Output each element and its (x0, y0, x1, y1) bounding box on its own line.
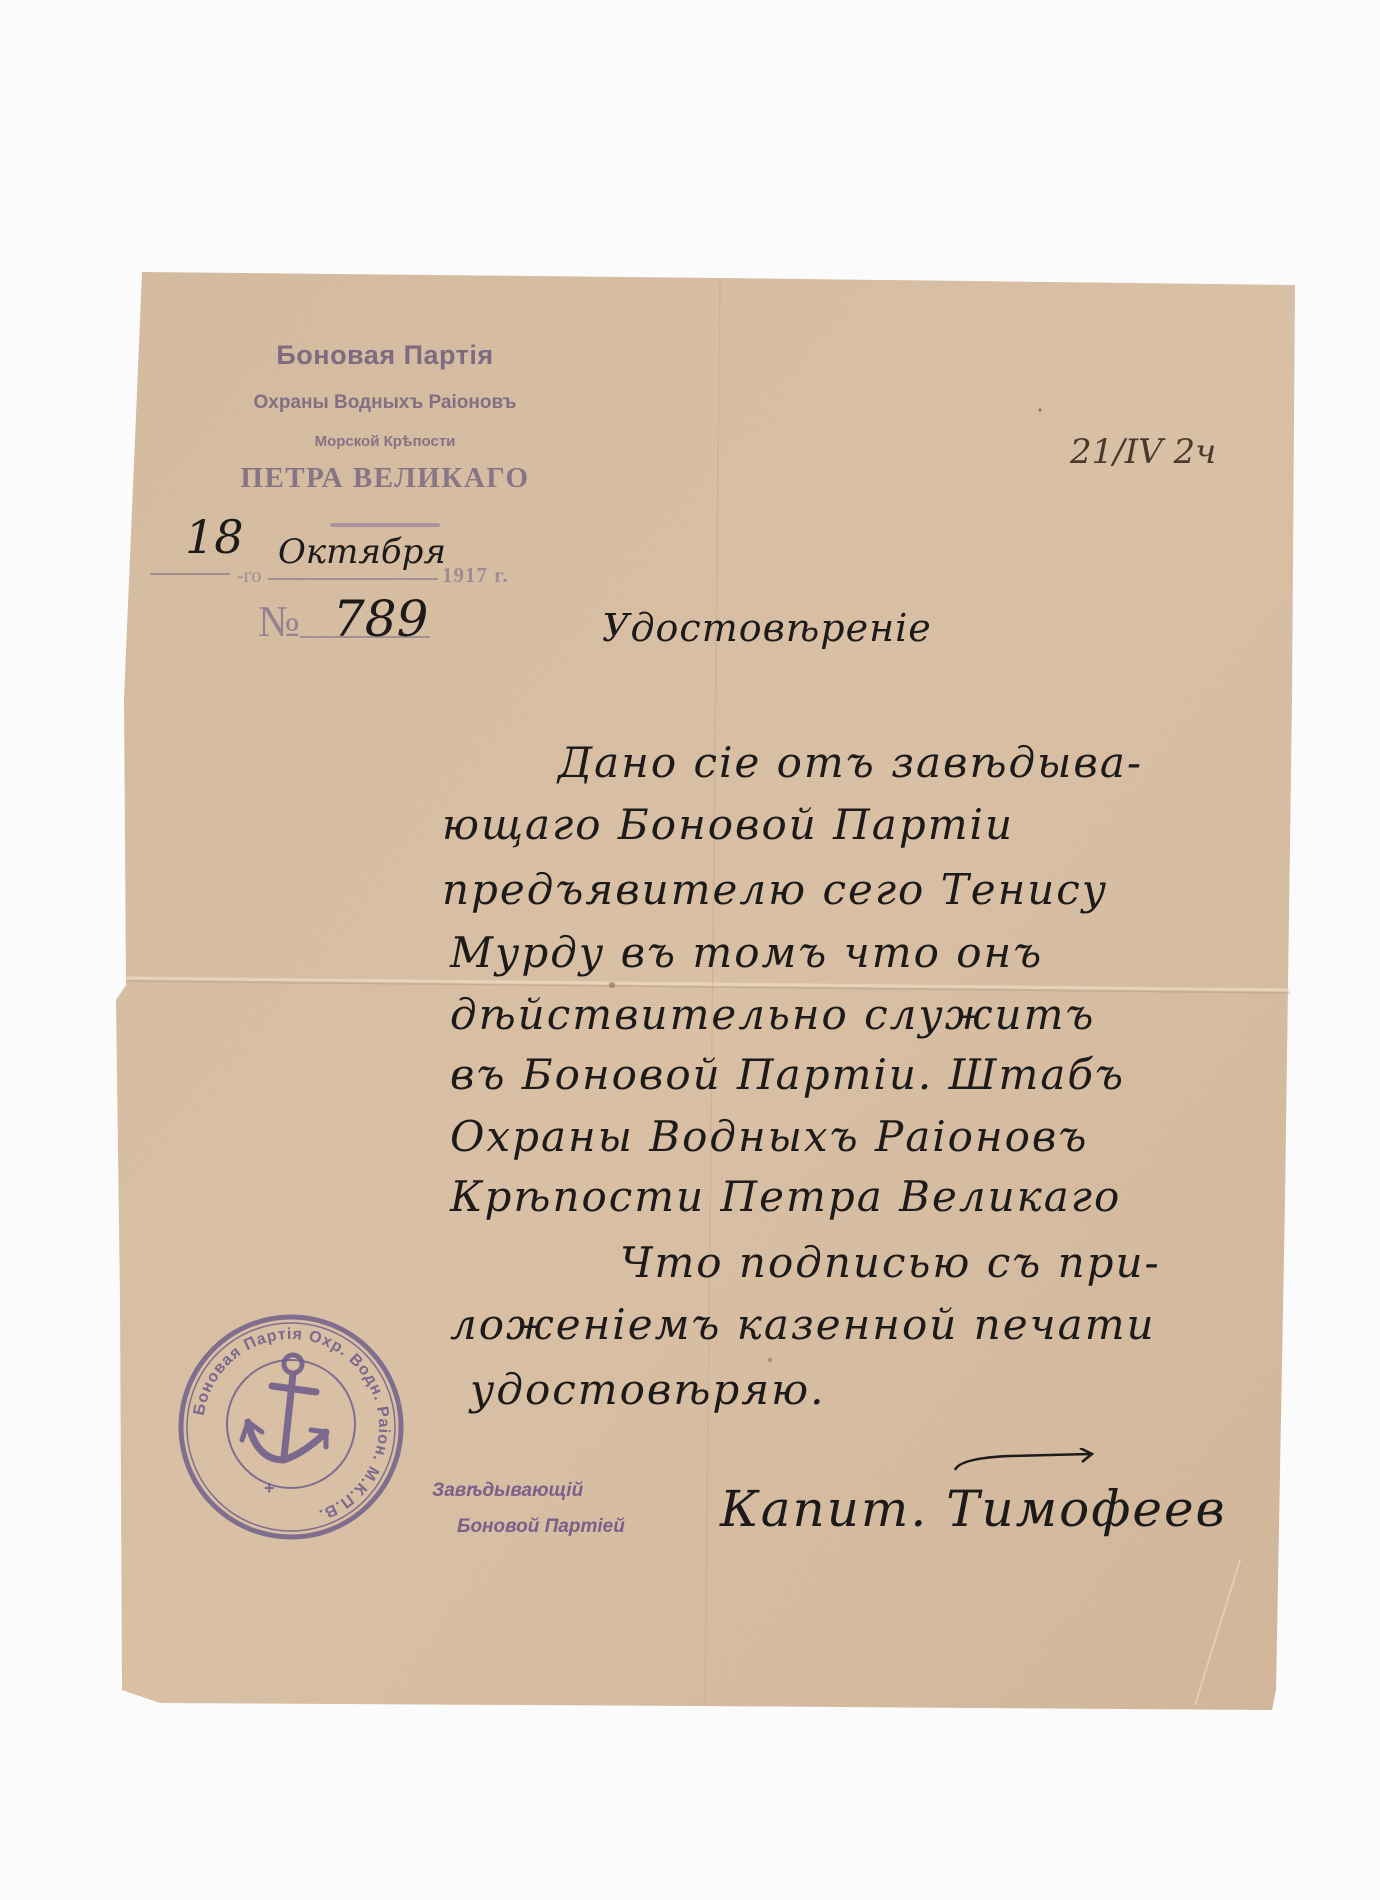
body-line: Что подписью съ при- (620, 1238, 1161, 1287)
official-seal: Боновая Партія Охр. Водн. Раіон. М.К.П.В… (176, 1312, 406, 1542)
date-month: Октября (278, 532, 446, 572)
document-number: 789 (333, 590, 428, 648)
body-line: удостовѣряю. (470, 1365, 825, 1414)
body-line: Охраны Водныхъ Раіоновъ (450, 1112, 1088, 1161)
signature-flourish-arrow (950, 1448, 1100, 1478)
signature: Капит. Тимофеев (720, 1480, 1227, 1538)
letterhead-org-name: Боновая Партія (185, 340, 585, 371)
letterhead-fortress-name: ПЕТРА ВЕЛИКАГО (185, 462, 585, 495)
number-sign: № (258, 596, 300, 647)
body-line: въ Боновой Партіи. Штабъ (450, 1050, 1125, 1099)
body-line: предъявителю сего Тенису (442, 865, 1108, 914)
body-line: Мурду въ томъ что онъ (450, 928, 1043, 977)
date-month-line (268, 578, 438, 580)
date-day-line (150, 573, 230, 575)
marginal-note: 21/IV 2ч (1070, 432, 1216, 472)
letterhead-ornament (330, 523, 440, 527)
signatory-title-line2: Боновой Партіей (457, 1516, 625, 1538)
body-line: Дано сіе отъ завѣдыва- (558, 738, 1143, 787)
body-line: ложеніемъ казенной печати (450, 1300, 1156, 1349)
date-day: 18 (185, 510, 244, 564)
seal-cross-mark: + (264, 1478, 275, 1498)
letterhead-fortress: Морской Крѣпости (185, 433, 585, 450)
body-line: дѣйствительно служитъ (450, 990, 1095, 1039)
document-title: Удостовѣреніе (602, 606, 932, 650)
body-line: Крѣпости Петра Великаго (450, 1172, 1121, 1221)
letterhead-division: Охраны Водныхъ Раіоновъ (185, 392, 585, 414)
date-year: 1917 г. (442, 563, 509, 588)
signatory-title-line1: Завѣдывающій (432, 1480, 583, 1502)
body-line: ющаго Боновой Партіи (442, 800, 1014, 849)
date-suffix: -го (237, 565, 261, 588)
